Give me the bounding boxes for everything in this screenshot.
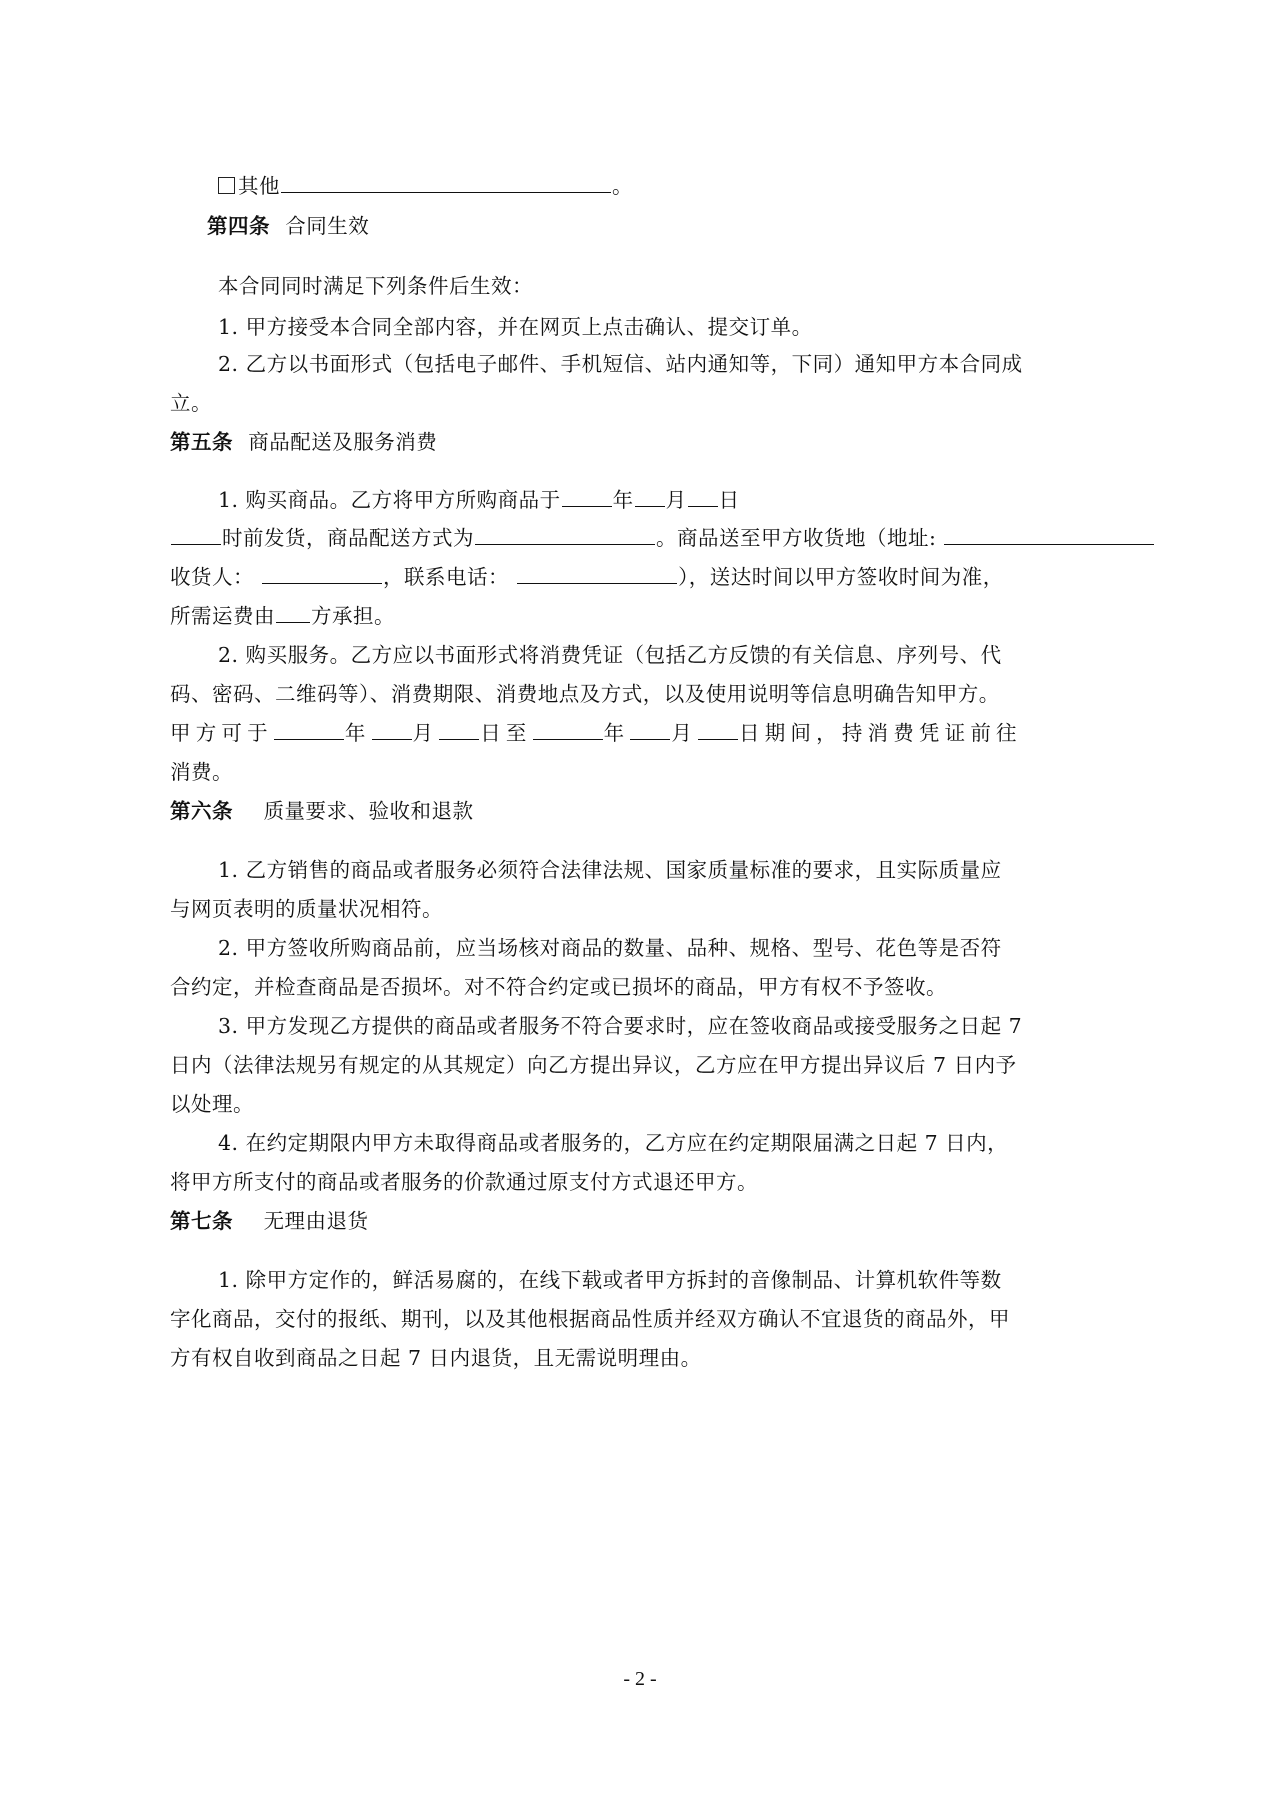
text: 收货人： [170, 565, 254, 589]
other-label: 其他 [238, 174, 280, 198]
paragraph-line: 将甲方所支付的商品或者服务的价款通过原支付方式退还甲方。 [170, 1168, 758, 1196]
article-number: 第四条 [207, 214, 270, 238]
article-title: 合同生效 [285, 214, 369, 238]
blank-delivery-method[interactable] [475, 524, 655, 545]
article-5-heading: 第五条 商品配送及服务消费 [170, 428, 437, 456]
text: 甲方可于 [170, 721, 273, 745]
text: 月 [666, 488, 687, 512]
blank-year[interactable] [562, 486, 612, 507]
article-title: 质量要求、验收和退款 [264, 799, 474, 823]
period: 。 [612, 174, 633, 198]
paragraph-line: 日内（法律法规另有规定的从其规定）向乙方提出异议，乙方应在甲方提出异议后 7 日… [170, 1051, 1017, 1079]
blank-start-day[interactable] [439, 719, 479, 740]
paragraph-line: 1. 除甲方定作的，鲜活易腐的，在线下载或者甲方拆封的音像制品、计算机软件等数 [218, 1266, 1002, 1294]
paragraph-line: 方有权自收到商品之日起 7 日内退货，且无需说明理由。 [170, 1344, 702, 1372]
text: 1. 购买商品。乙方将甲方所购商品于 [218, 488, 561, 512]
paragraph-line: 4. 在约定期限内甲方未取得商品或者服务的，乙方应在约定期限届满之日起 7 日内… [218, 1129, 1008, 1157]
blank-month[interactable] [635, 486, 665, 507]
text: 时前发货，商品配送方式为 [222, 526, 474, 550]
paragraph-line: 收货人： ，联系电话： ），送达时间以甲方签收时间为准， [170, 563, 1004, 591]
paragraph-line: 2. 甲方签收所购商品前，应当场核对商品的数量、品种、规格、型号、花色等是否符 [218, 934, 1002, 962]
blank-party[interactable] [276, 602, 310, 623]
text: 日至 [480, 721, 531, 745]
article-6-heading: 第六条 质量要求、验收和退款 [170, 797, 474, 825]
text: 年 [613, 488, 634, 512]
blank-recipient[interactable] [262, 563, 382, 584]
blank-address[interactable] [944, 524, 1154, 545]
blank-end-year[interactable] [533, 719, 603, 740]
paragraph-line: 1. 乙方销售的商品或者服务必须符合法律法规、国家质量标准的要求，且实际质量应 [218, 856, 1002, 884]
text: 年 [345, 721, 371, 745]
paragraph-line: 1. 购买商品。乙方将甲方所购商品于年月日 [218, 486, 740, 514]
paragraph-line: 立。 [170, 389, 212, 417]
paragraph-line: 时前发货，商品配送方式为。商品送至甲方收货地（地址: [170, 524, 1155, 552]
paragraph-line: 消费。 [170, 758, 233, 786]
text: 方承担。 [311, 604, 395, 628]
blank-field[interactable] [281, 172, 611, 193]
paragraph-line: 与网页表明的质量状况相符。 [170, 895, 443, 923]
paragraph-line: 所需运费由方承担。 [170, 602, 395, 630]
paragraph-line: 合约定，并检查商品是否损坏。对不符合约定或已损坏的商品，甲方有权不予签收。 [170, 973, 947, 1001]
paragraph-line: 3. 甲方发现乙方提供的商品或者服务不符合要求时，应在签收商品或接受服务之日起 … [218, 1012, 1022, 1040]
article-title: 商品配送及服务消费 [248, 430, 437, 454]
blank-end-month[interactable] [630, 719, 670, 740]
blank-phone[interactable] [517, 563, 677, 584]
other-option-line: 其他。 [218, 172, 633, 200]
paragraph-line: 码、密码、二维码等）、消费期限、消费地点及方式，以及使用说明等信息明确告知甲方。 [170, 680, 1000, 708]
blank-start-month[interactable] [372, 719, 412, 740]
text: 月 [671, 721, 697, 745]
article-4-heading: 第四条 合同生效 [207, 212, 369, 240]
paragraph-line: 本合同同时满足下列条件后生效： [218, 272, 533, 300]
document-page: 其他。 第四条 合同生效 本合同同时满足下列条件后生效： 1. 甲方接受本合同全… [0, 0, 1280, 1810]
blank-day[interactable] [688, 486, 718, 507]
text: 。商品送至甲方收货地（地址: [656, 526, 936, 550]
paragraph-line: 1. 甲方接受本合同全部内容，并在网页上点击确认、提交订单。 [218, 313, 813, 341]
checkbox-icon[interactable] [218, 177, 235, 194]
page-number: - 2 - [0, 1668, 1280, 1691]
text: ），送达时间以甲方签收时间为准， [678, 565, 1004, 589]
text: 月 [413, 721, 439, 745]
blank-hour[interactable] [171, 524, 221, 545]
article-7-heading: 第七条 无理由退货 [170, 1207, 369, 1235]
article-number: 第七条 [170, 1209, 233, 1233]
blank-start-year[interactable] [274, 719, 344, 740]
text: 所需运费由 [170, 604, 275, 628]
paragraph-line: 字化商品，交付的报纸、期刊，以及其他根据商品性质并经双方确认不宜退货的商品外，甲 [170, 1305, 1010, 1333]
paragraph-line: 2. 乙方以书面形式（包括电子邮件、手机短信、站内通知等，下同）通知甲方本合同成 [218, 350, 1023, 378]
text: 年 [604, 721, 630, 745]
article-number: 第五条 [170, 430, 233, 454]
article-title: 无理由退货 [264, 1209, 369, 1233]
paragraph-line: 以处理。 [170, 1090, 254, 1118]
paragraph-line: 甲方可于年月日至年月日期间，持消费凭证前往 [170, 719, 1022, 747]
blank-end-day[interactable] [698, 719, 738, 740]
text: 日期间，持消费凭证前往 [739, 721, 1022, 745]
text: ，联系电话： [383, 565, 509, 589]
paragraph-line: 2. 购买服务。乙方应以书面形式将消费凭证（包括乙方反馈的有关信息、序列号、代 [218, 641, 1002, 669]
article-number: 第六条 [170, 799, 233, 823]
text: 日 [719, 488, 740, 512]
